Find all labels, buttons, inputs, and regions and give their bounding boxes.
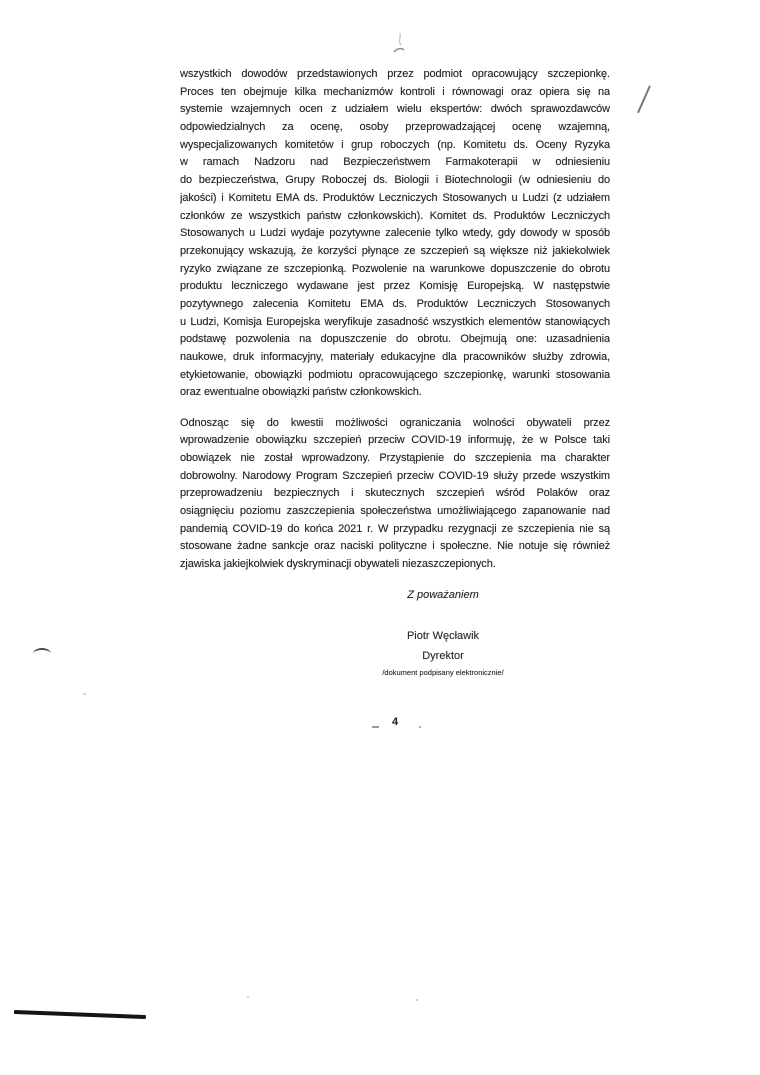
text-line: produktu leczniczego wydawane jest przez…	[180, 278, 610, 296]
text-line: etykietowanie, obowiązki podmiotu opraco…	[180, 367, 610, 385]
text-line: przeprowadzeniu bezpiecznych i skuteczny…	[180, 485, 610, 503]
scan-artifact-speck	[83, 693, 86, 695]
text-line: Proces ten obejmuje kilka mechanizmów ko…	[180, 84, 610, 102]
text-line: dobrowolny. Narodowy Program Szczepień p…	[180, 468, 610, 486]
page-number: 4	[392, 716, 398, 728]
text-line: wprowadzenie obowiązku szczepień przeciw…	[180, 432, 610, 450]
scan-artifact-black-bar	[14, 1010, 146, 1019]
text-line: przekonujący wskazują, że korzyści płyną…	[180, 243, 610, 261]
text-line: zjawiska jakiejkolwiek dyskryminacji oby…	[180, 556, 610, 574]
document-page: wszystkich dowodów przedstawionych przez…	[0, 0, 760, 1075]
text-line: Stosowanych u Ludzi wydaje pozytywne zal…	[180, 225, 610, 243]
text-line: członków ze wszystkich państw członkowsk…	[180, 208, 610, 226]
text-line: oraz ewentualne obowiązki państw członko…	[180, 384, 610, 402]
text-line: ryzyko związane ze szczepionką. Pozwolen…	[180, 261, 610, 279]
signature-block: Z poważaniem Piotr Węcławik Dyrektor /do…	[343, 587, 543, 678]
text-line: w ramach Nadzoru nad Bezpieczeństwem Far…	[180, 154, 610, 172]
text-line: stosowane żadne sankcje oraz naciski pol…	[180, 538, 610, 556]
text-line: obowiązek nie został wprowadzony. Przyst…	[180, 450, 610, 468]
signer-name: Piotr Węcławik	[343, 628, 543, 645]
letter-body: wszystkich dowodów przedstawionych przez…	[180, 66, 610, 574]
text-line: do bezpieczeństwa, Grupy Roboczej ds. Bi…	[180, 172, 610, 190]
text-line: osiągnięciu poziomu zaszczepienia społec…	[180, 503, 610, 521]
text-line: pozytywnego zalecenia Komitetu EMA ds. P…	[180, 296, 610, 314]
text-line: wyspecjalizowanych komitetów i grup robo…	[180, 137, 610, 155]
text-line: podstawę pozwolenia na dopuszczenie do o…	[180, 331, 610, 349]
text-line: naukowe, druk informacyjny, materiały ed…	[180, 349, 610, 367]
text-line: odpowiedzialnych za ocenę, osoby przepro…	[180, 119, 610, 137]
signature-note: /dokument podpisany elektronicznie/	[343, 668, 543, 678]
page-footer: 4	[180, 716, 610, 728]
text-line: pandemią COVID-19 do końca 2021 r. W prz…	[180, 521, 610, 539]
scan-artifact-squiggle	[392, 32, 406, 56]
body-paragraph-2: Odnosząc się do kwestii możliwości ogran…	[180, 415, 610, 574]
text-line: u Ludzi, Komisja Europejska weryfikuje z…	[180, 314, 610, 332]
body-paragraph-1: wszystkich dowodów przedstawionych przez…	[180, 66, 610, 402]
scan-artifact-slash	[637, 85, 651, 113]
text-line: systemie wzajemnych ocen z udziałem wiel…	[180, 101, 610, 119]
text-line: wszystkich dowodów przedstawionych przez…	[180, 66, 610, 84]
scan-artifact-arc	[33, 648, 51, 660]
text-line: Odnosząc się do kwestii możliwości ogran…	[180, 415, 610, 433]
closing-salutation: Z poważaniem	[343, 587, 543, 604]
scan-artifact-speck	[416, 999, 418, 1001]
scan-artifact-speck	[247, 996, 249, 998]
text-line: jakości) i Komitetu EMA ds. Produktów Le…	[180, 190, 610, 208]
signer-title: Dyrektor	[343, 648, 543, 665]
